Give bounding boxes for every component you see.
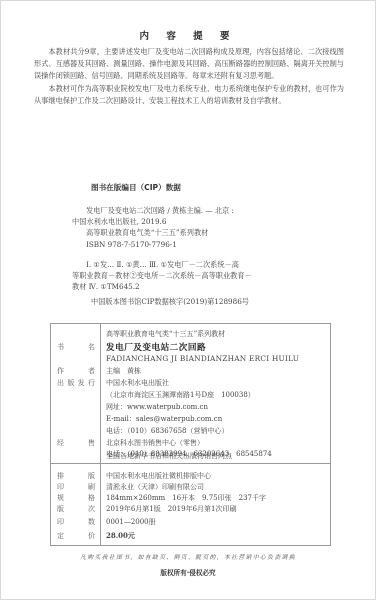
author: 主编 黄栋 [106,366,141,376]
replacement-note: 凡购买我社图书，如有缺页、倒页、脱页的，本社营销中心负责调换 [0,552,376,561]
row-label: 印刷 [57,482,95,492]
summary-paragraph: 本教材共分9章，主要讲述发电厂及变电站二次回路构成及原理，内容包括绪论、二次接线… [34,46,344,83]
row-label: 规格 [57,493,95,503]
summary-title: 内 容 提 要 [0,28,376,42]
row-label: 印数 [57,517,95,527]
publication-info-table: 高等职业教育电气类“十三五”系列教材 书名 发电厂及变电站二次回路 FADIAN… [50,323,331,546]
cip-line: 中国水利水电出版社, 2019.6 [72,216,292,227]
distributor-name: 北京科水图书销售中心（零售） [106,438,204,448]
typesetting: 中国水利水电出版社微机排版中心 [106,471,211,481]
summary-body: 本教材共分9章，主要讲述发电厂及变电站二次回路构成及原理，内容包括绪论、二次接线… [34,46,344,107]
book-title: 发电厂及变电站二次回路 [106,341,206,353]
row-label: 书名 [57,342,95,352]
edition: 2019年6月第1版 2019年6月第1次印刷 [106,504,236,514]
summary-paragraph: 本教材可作为高等职业院校发电厂及电力系统专业、电力系统继电保护专业的教材，也可作… [34,83,344,107]
publisher-phone: 电话：（010）68367658（营销中心） [106,426,229,436]
row-label: 出版发行 [57,378,95,388]
cip-classification: Ⅰ. ①发… Ⅱ. ①黄… Ⅲ. ①发电厂－二次系统－高 [72,259,292,270]
row-label: 定价 [57,531,95,541]
section-divider [51,463,330,464]
cip-classification: 教材 Ⅳ. ①TM645.2 [72,281,292,292]
cip-line: 发电厂及变电站二次回路 / 黄栋主编. — 北京 : [72,205,292,216]
book-title-pinyin: FADIANCHANG JI BIANDIANZHAN ERCI HUILU [106,354,299,363]
distributor-network: 全国各地新华书店和相关出版物销售网点 [106,451,232,461]
cip-isbn: ISBN 978-7-5170-7796-1 [72,239,292,250]
row-label: 经售 [57,438,95,448]
publisher-address: （北京市海淀区玉渊潭南路1号D座 100038） [106,390,255,400]
cip-title: 图书在版编目（CIP）数据 [91,182,181,193]
cip-line: 高等职业教育电气类“十三五”系列教材 [72,227,292,238]
publisher-name: 中国水利水电出版社 [106,378,169,388]
column-divider [100,324,101,545]
printer: 清淞永业（天津）印刷有限公司 [106,482,204,492]
cip-core-number: 中国版本图书馆CIP数据核字(2019)第128986号 [91,297,249,307]
publisher-email[interactable]: E-mail：sales@waterpub.com.cn [106,414,222,424]
price: 28.00元 [106,531,135,541]
series-name: 高等职业教育电气类“十三五”系列教材 [106,329,225,339]
row-label: 作者 [57,366,95,376]
print-run: 0001—2000册 [106,517,156,527]
format: 184mm×260mm 16开本 9.75印张 237千字 [106,493,266,503]
copyright-notice: 版权所有·侵权必究 [0,567,376,577]
publisher-website[interactable]: 网址：www.waterpub.com.cn [106,402,208,412]
cip-classification: 等职业教育－教材②变电所－二次系统－高等职业教育－ [72,270,292,281]
cip-body: 发电厂及变电站二次回路 / 黄栋主编. — 北京 : 中国水利水电出版社, 20… [72,205,292,292]
row-label: 排版 [57,471,95,481]
row-label: 版次 [57,504,95,514]
